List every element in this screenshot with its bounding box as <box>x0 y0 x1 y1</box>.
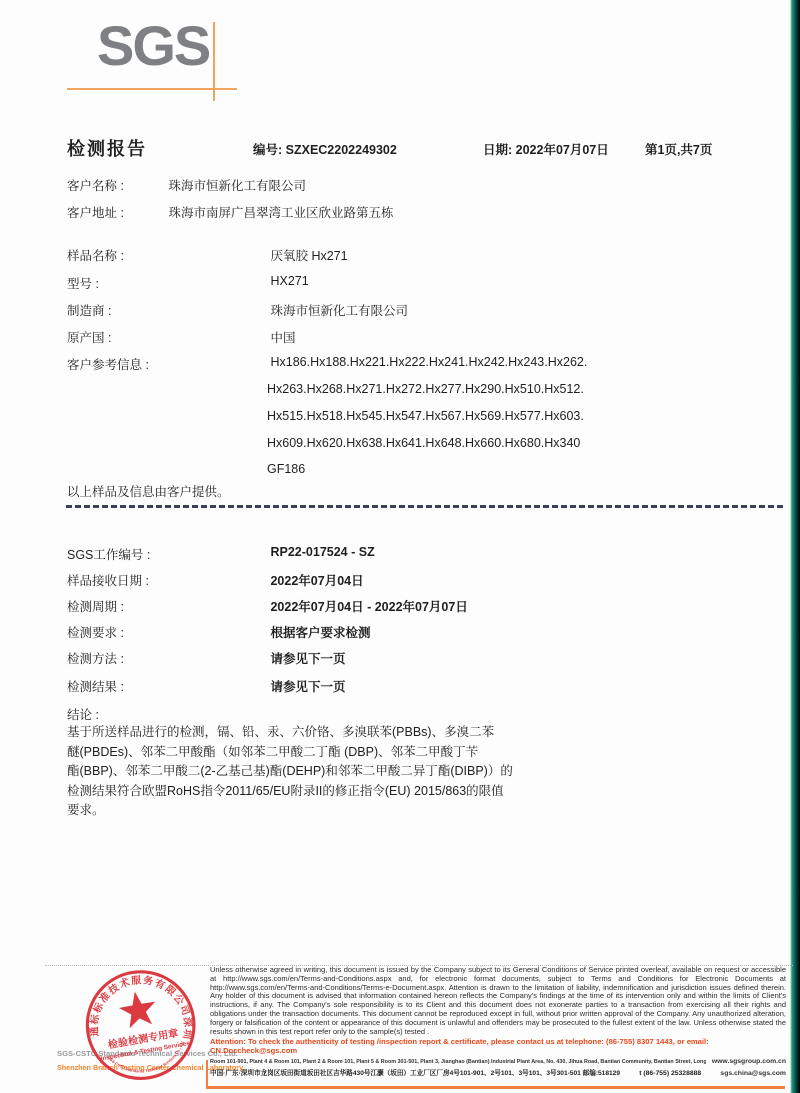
footer-horizontal-rule <box>206 1086 785 1089</box>
sgs-logo: SGS <box>97 18 209 74</box>
sample-name-value: 厌氧胶 Hx271 <box>270 246 347 264</box>
website-url: www.sgsgroup.com.cn <box>712 1058 786 1065</box>
test-method-label: 检测方法 : <box>67 649 267 667</box>
address-row-cn: 中国·广东·深圳市龙岗区坂田街道坂田社区吉华路430号江灏（坂田）工业厂区厂房4… <box>210 1067 786 1077</box>
report-date: 日期: 2022年07月07日 <box>483 140 609 158</box>
test-requirement-label: 检测要求 : <box>67 623 267 641</box>
manufacturer-value: 珠海市恒新化工有限公司 <box>270 301 408 319</box>
test-period-label: 检测周期 : <box>67 597 267 615</box>
page-right-edge-strip <box>790 0 800 1093</box>
test-period-row: 检测周期 : 2022年07月04日 - 2022年07月07日 <box>67 597 468 615</box>
job-number-label: SGS工作编号 : <box>67 545 267 563</box>
client-ref-line: Hx609.Hx620.Hx638.Hx641.Hx648.Hx660.Hx68… <box>267 436 580 450</box>
email-address: sgs.china@sgs.com <box>720 1070 786 1077</box>
origin-label: 原产国 : <box>67 328 267 346</box>
client-ref-line: Hx515.Hx518.Hx545.Hx547.Hx567.Hx569.Hx57… <box>267 409 584 423</box>
inspection-stamp: 通标标准技术服务有限公司深圳分公司 检验检测专用章 Inspection & T… <box>68 954 214 1093</box>
address-row-en: Room 101-901, Plant 4 & Room 101, Plant … <box>210 1058 786 1065</box>
manufacturer-label: 制造商 : <box>67 301 267 319</box>
report-number: 编号: SZXEC2202249302 <box>253 140 397 158</box>
customer-name-value: 珠海市恒新化工有限公司 <box>168 176 306 194</box>
customer-address-label: 客户地址 : <box>67 203 165 221</box>
stamp-star-icon <box>117 988 159 1029</box>
client-ref-label: 客户参考信息 : <box>67 355 267 373</box>
model-label: 型号 : <box>67 274 267 292</box>
customer-name-row: 客户名称 : 珠海市恒新化工有限公司 <box>67 176 306 194</box>
address-cn: 中国·广东·深圳市龙岗区坂田街道坂田社区吉华路430号江灏（坂田）工业厂区厂房4… <box>210 1067 620 1077</box>
address-en: Room 101-901, Plant 4 & Room 101, Plant … <box>210 1059 706 1065</box>
page-count: 第1页,共7页 <box>645 140 712 158</box>
attention-notice: Attention: To check the authenticity of … <box>210 1038 786 1056</box>
conclusion-label: 结论 : <box>67 705 267 723</box>
test-method-value: 请参见下一页 <box>270 649 345 667</box>
logo-vertical-rule <box>213 22 215 101</box>
test-requirement-value: 根据客户要求检测 <box>270 623 370 641</box>
customer-address-value: 珠海市南屏广昌翠湾工业区欣业路第五栋 <box>168 203 393 221</box>
sample-name-label: 样品名称 : <box>67 246 267 264</box>
section-divider <box>66 505 785 508</box>
report-page: SGS 检测报告 编号: SZXEC2202249302 日期: 2022年07… <box>0 0 800 1093</box>
manufacturer-row: 制造商 : 珠海市恒新化工有限公司 <box>67 301 408 319</box>
test-result-label: 检测结果 : <box>67 677 267 695</box>
received-date-value: 2022年07月04日 <box>270 571 363 589</box>
origin-row: 原产国 : 中国 <box>67 328 296 346</box>
page-title: 检测报告 <box>67 135 147 161</box>
test-method-row: 检测方法 : 请参见下一页 <box>67 649 346 667</box>
terms-and-conditions-text: Unless otherwise agreed in writing, this… <box>210 966 786 1036</box>
provided-by-client-note: 以上样品及信息由客户提供。 <box>67 482 230 500</box>
model-value: HX271 <box>270 274 308 288</box>
job-number-value: RP22-017524 - SZ <box>270 545 374 559</box>
test-period-value: 2022年07月04日 - 2022年07月07日 <box>270 597 467 615</box>
sample-name-row: 样品名称 : 厌氧胶 Hx271 <box>67 246 348 264</box>
footer-legal-block: Unless otherwise agreed in writing, this… <box>210 966 786 1077</box>
test-result-value: 请参见下一页 <box>270 677 345 695</box>
model-row: 型号 : HX271 <box>67 274 309 292</box>
conclusion-text: 基于所送样品进行的检测，镉、铅、汞、六价铬、多溴联苯(PBBs)、多溴二苯 醚(… <box>67 723 602 821</box>
customer-name-label: 客户名称 : <box>67 176 165 194</box>
client-ref-line: Hx263.Hx268.Hx271.Hx272.Hx277.Hx290.Hx51… <box>267 382 584 396</box>
client-ref-line: Hx186.Hx188.Hx221.Hx222.Hx241.Hx242.Hx24… <box>270 355 587 369</box>
logo-horizontal-rule <box>67 88 237 90</box>
test-result-row: 检测结果 : 请参见下一页 <box>67 677 346 695</box>
client-ref-line: GF186 <box>267 462 305 476</box>
footer-vertical-rule <box>206 1060 208 1087</box>
conclusion-row: 结论 : 基于所送样品进行的检测，镉、铅、汞、六价铬、多溴联苯(PBBs)、多溴… <box>67 705 800 821</box>
job-number-row: SGS工作编号 : RP22-017524 - SZ <box>67 545 375 563</box>
origin-value: 中国 <box>270 328 295 346</box>
client-ref-row: 客户参考信息 : Hx186.Hx188.Hx221.Hx222.Hx241.H… <box>67 355 587 373</box>
test-requirement-row: 检测要求 : 根据客户要求检测 <box>67 623 371 641</box>
received-date-label: 样品接收日期 : <box>67 571 267 589</box>
received-date-row: 样品接收日期 : 2022年07月04日 <box>67 571 364 589</box>
phone-number: t (86-755) 25328888 <box>639 1070 701 1077</box>
customer-address-row: 客户地址 : 珠海市南屏广昌翠湾工业区欣业路第五栋 <box>67 203 394 221</box>
